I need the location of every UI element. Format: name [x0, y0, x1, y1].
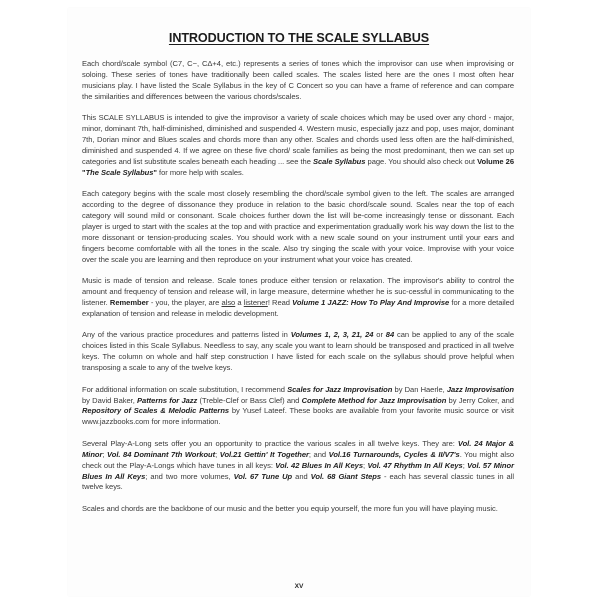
- body-text: and: [292, 472, 311, 481]
- body-text: (Treble-Clef or Bass Clef) and: [197, 396, 301, 405]
- paragraph: Several Play-A-Long sets offer you an op…: [82, 439, 514, 494]
- body-text: - you, the player, are: [149, 298, 222, 307]
- emphasis-text: Vol. 68 Giant Steps: [311, 472, 381, 481]
- paragraph: Each chord/scale symbol (C7, C−, CΔ+4, e…: [82, 59, 514, 103]
- body-text: Each category begins with the scale most…: [82, 189, 514, 263]
- body-text: for more help with scales.: [157, 168, 244, 177]
- emphasis-text: Vol. 47 Rhythm In All Keys: [367, 461, 462, 470]
- paragraph: For additional information on scale subs…: [82, 385, 514, 429]
- body-text: ; and two more volumes,: [145, 472, 233, 481]
- emphasis-text: Patterns for Jazz: [137, 396, 197, 405]
- emphasis-text: The Scale Syllabus: [86, 168, 154, 177]
- paragraph: Each category begins with the scale most…: [82, 189, 514, 265]
- emphasis-text: Vol. 84 Dominant 7th Workout: [107, 450, 215, 459]
- emphasis-text: also: [222, 298, 236, 307]
- paragraph: Scales and chords are the backbone of ou…: [82, 504, 514, 515]
- paragraph: This SCALE SYLLABUS is intended to give …: [82, 113, 514, 178]
- body-text: page. You should also check out: [365, 157, 477, 166]
- body-text: by Dan Haerle,: [392, 385, 447, 394]
- emphasis-text: Scales for Jazz Improvisation: [287, 385, 392, 394]
- body-text: Any of the various practice procedures a…: [82, 330, 291, 339]
- body-text: ! Read: [268, 298, 292, 307]
- emphasis-text: Complete Method for Jazz Improvisation: [302, 396, 447, 405]
- emphasis-text: Vol. 42 Blues In All Keys: [275, 461, 363, 470]
- paragraph: Any of the various practice procedures a…: [82, 330, 514, 374]
- body-text: For additional information on scale subs…: [82, 385, 287, 394]
- emphasis-text: Volume 1 JAZZ: How To Play And Improvise: [292, 298, 449, 307]
- emphasis-text: listener: [244, 298, 268, 307]
- page-number: XV: [68, 583, 530, 590]
- body-text: ; and: [309, 450, 329, 459]
- body-text: a: [235, 298, 243, 307]
- emphasis-text: Vol.21 Gettin' It Together: [220, 450, 309, 459]
- document-body: Each chord/scale symbol (C7, C−, CΔ+4, e…: [82, 59, 514, 525]
- body-text: by Jerry Coker, and: [446, 396, 514, 405]
- emphasis-text: Jazz Improvisation: [447, 385, 514, 394]
- emphasis-text: Remember: [110, 298, 149, 307]
- body-text: by David Baker,: [82, 396, 137, 405]
- document-page: INTRODUCTION TO THE SCALE SYLLABUS Each …: [68, 8, 530, 596]
- body-text: Several Play-A-Long sets offer you an op…: [82, 439, 458, 448]
- body-text: Scales and chords are the backbone of ou…: [82, 504, 498, 513]
- emphasis-text: Vol.16 Turnarounds, Cycles & II/V7's: [329, 450, 460, 459]
- paragraph: Music is made of tension and release. Sc…: [82, 276, 514, 320]
- emphasis-text: Vol. 67 Tune Up: [234, 472, 293, 481]
- emphasis-text: Volumes 1, 2, 3, 21, 24: [291, 330, 374, 339]
- emphasis-text: Repository of Scales & Melodic Patterns: [82, 406, 229, 415]
- emphasis-text: Scale Syllabus: [313, 157, 365, 166]
- body-text: Each chord/scale symbol (C7, C−, CΔ+4, e…: [82, 59, 514, 101]
- body-text: or: [373, 330, 385, 339]
- emphasis-text: 84: [386, 330, 394, 339]
- page-title: INTRODUCTION TO THE SCALE SYLLABUS: [68, 31, 530, 45]
